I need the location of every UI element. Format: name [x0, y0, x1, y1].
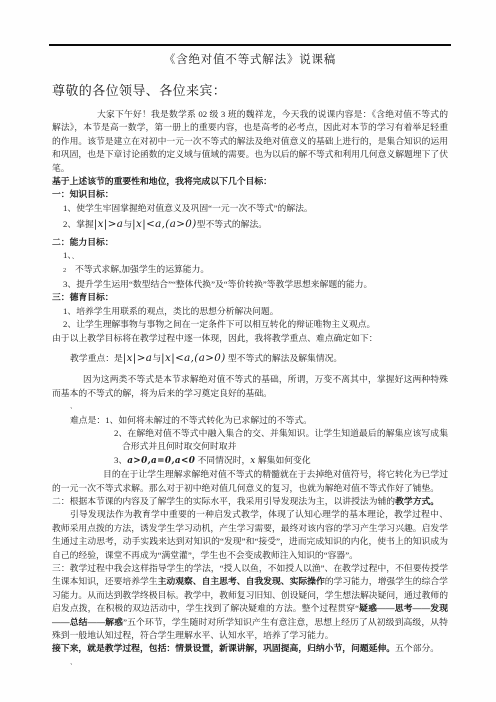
document-page: 《含绝对值不等式解法》说课稿 尊敬的各位领导、各位来宾： 大家下午好！我是数学系…	[0, 0, 496, 702]
closing-paragraph: 接下来，就是教学过程，包括：情景设置，新课讲解，巩固提高，归纳小节，问题延伸。五…	[52, 642, 448, 655]
text-segment: 与	[152, 353, 161, 363]
text-segment: 2、在解绝对值不等式中融入集合的交、并集知识。让学生知道最后的解集应该写成集合形…	[114, 428, 448, 451]
text-segment: |x|>a	[94, 218, 124, 230]
text-segment: 与	[123, 219, 132, 229]
text-segment: 难点是：1、如何将未解过的不等式转化为已求解过的不等式。	[70, 415, 312, 425]
intro-paragraph: 大家下午好！我是数学系 02 级 3 班的魏祥龙，今天我的说课内容是：《含绝对值…	[52, 108, 448, 175]
list-item: 1、培养学生用联系的观点，类比的思想分析解决问题。	[52, 305, 448, 318]
stray-mark: 、	[52, 656, 448, 669]
text-segment: a>0,a=0,a<0	[127, 456, 195, 466]
text-segment: 型不等式的解法及解集情况。	[226, 353, 343, 363]
text-segment: 、	[70, 402, 77, 410]
text-segment: 大家下午好！我是数学系 02 级 3 班的魏祥龙，今天我的说课内容是：《含绝对值…	[52, 109, 448, 173]
text-segment: |x|>a	[123, 352, 153, 364]
document-body: 大家下午好！我是数学系 02 级 3 班的魏祥龙，今天我的说课内容是：《含绝对值…	[52, 108, 448, 669]
document-title: 《含绝对值不等式解法》说课稿	[52, 51, 448, 67]
section-heading-moral: 三：德育目标：	[52, 291, 448, 304]
key-point-line: 教学重点：是|x|>a与|x|<a,(a>0) 型不等式的解法及解集情况。	[52, 352, 448, 365]
text-segment: 1、使学生牢固掌握绝对值意义及巩固“一元一次不等式”的解法。	[63, 203, 313, 213]
text-segment: |x|<a,(a>0)	[161, 352, 226, 364]
paragraph: 目的在于让学生理解求解绝对值不等式的精髓就在于去掉绝对值符号，将它转化为已学过的…	[52, 468, 448, 495]
text-segment: 由于以上教学目标将在教学过程中逐一体现，因此，我将教学重点、难点确定如下：	[52, 333, 378, 343]
section-heading-ability: 二：能力目标：	[52, 236, 448, 249]
text-segment: 教学重点：是	[70, 353, 123, 363]
text-segment: 二：能力目标：	[52, 237, 114, 247]
difficulty-item: 难点是：1、如何将未解过的不等式转化为已求解过的不等式。	[52, 414, 448, 427]
text-segment: 接下来，就是教学过程，包括：情景设置，新课讲解，巩固提高，归纳小节，问题延伸。	[52, 643, 395, 653]
list-item: 1、使学生牢固掌握绝对值意义及巩固“一元一次不等式”的解法。	[52, 202, 448, 215]
text-segment: 、	[72, 253, 79, 260]
list-item: 1、、	[52, 249, 448, 263]
text-segment: 1、	[63, 250, 72, 260]
objectives-lead: 基于上述该节的重要性和地位，我将完成以下几个目标：	[52, 175, 448, 188]
list-item-formula: 2、掌握|x|>a与|x|<a,(a>0)型不等式的解法。	[52, 218, 448, 231]
text-segment: 一：知识目标：	[52, 189, 114, 199]
text-segment: |x|<a,(a>0)	[132, 218, 197, 230]
text-segment: 引导发现法作为教育学中重要的一种启发式教学，体现了认知心理学的基本理论，教学过程…	[52, 509, 448, 559]
text-segment: 目的在于让学生理解求解绝对值不等式的精髓就在于去掉绝对值符号，将它转化为已学过的…	[52, 469, 448, 492]
paragraph: 引导发现法作为教育学中重要的一种启发式教学，体现了认知心理学的基本理论，教学过程…	[52, 508, 448, 562]
text-segment: 2、让学生理解事物与事物之间在一定条件下可以相互转化的辩证唯物主义观点。	[63, 319, 375, 329]
teaching-method-paragraph: 二：根据本节课的内容及了解学生的实际水平，我采用引导发现法为主，以讲授法为辅的教…	[52, 495, 448, 508]
text-segment: 教学方式。	[395, 496, 439, 506]
salutation-heading: 尊敬的各位领导、各位来宾：	[52, 80, 448, 99]
text-segment: 3、提升学生运用“数型结合”“整体代换”及“等价转换”等教学思想来解题的能力。	[63, 279, 372, 289]
text-segment: 不同情况时，	[195, 455, 250, 465]
stray-mark: 、	[52, 400, 448, 413]
list-item: 2、让学生理解事物与事物之间在一定条件下可以相互转化的辩证唯物主义观点。	[52, 318, 448, 331]
text-segment: 不等式求解,加强学生的运算能力。	[66, 264, 209, 274]
text-segment: 五个部分。	[395, 643, 439, 653]
text-segment: 基于上述该节的重要性和地位，我将完成以下几个目标：	[52, 176, 272, 186]
text-segment: 三：德育目标：	[52, 292, 114, 302]
list-item: 2 不等式求解,加强学生的运算能力。	[52, 263, 448, 277]
difficulty-item: 2、在解绝对值不等式中融入集合的交、并集知识。让学生知道最后的解集应该写成集合形…	[52, 427, 448, 454]
text-segment: 3、	[114, 455, 127, 465]
text-segment: 2、掌握	[63, 219, 94, 229]
text-segment: 二：根据本节课的内容及了解学生的实际水平，我采用引导发现法为主，以讲授法为辅的	[52, 496, 395, 506]
text-segment: 1、培养学生用联系的观点，类比的思想分析解决问题。	[63, 306, 279, 316]
document-content: 《含绝对值不等式解法》说课稿 尊敬的各位领导、各位来宾： 大家下午好！我是数学系…	[52, 51, 448, 669]
text-segment: 因为这两类不等式是本节求解绝对值不等式的基础，所谓，万变不离其中，掌握好这两种特…	[52, 374, 448, 397]
text-segment: 型不等式的解法。	[197, 219, 267, 229]
paragraph: 因为这两类不等式是本节求解绝对值不等式的基础，所谓，万变不离其中，掌握好这两种特…	[52, 373, 448, 400]
text-segment: 主动观察、自主思考、自我发现、实际操作	[158, 576, 325, 586]
text-segment: 解集如何变化	[256, 455, 311, 465]
study-method-paragraph: 三：教学过程中我会这样指导学生的学法，“授人以鱼，不如授人以渔”、在教学过程中，…	[52, 562, 448, 642]
paragraph: 由于以上教学目标将在教学过程中逐一体现，因此，我将教学重点、难点确定如下：	[52, 332, 448, 345]
list-item: 3、提升学生运用“数型结合”“整体代换”及“等价转换”等教学思想来解题的能力。	[52, 278, 448, 291]
section-heading-knowledge: 一：知识目标：	[52, 188, 448, 201]
header-divider	[49, 44, 451, 46]
difficulty-item: 3、a>0,a=0,a<0 不同情况时，x 解集如何变化	[52, 454, 448, 468]
text-segment: 、	[70, 658, 77, 666]
